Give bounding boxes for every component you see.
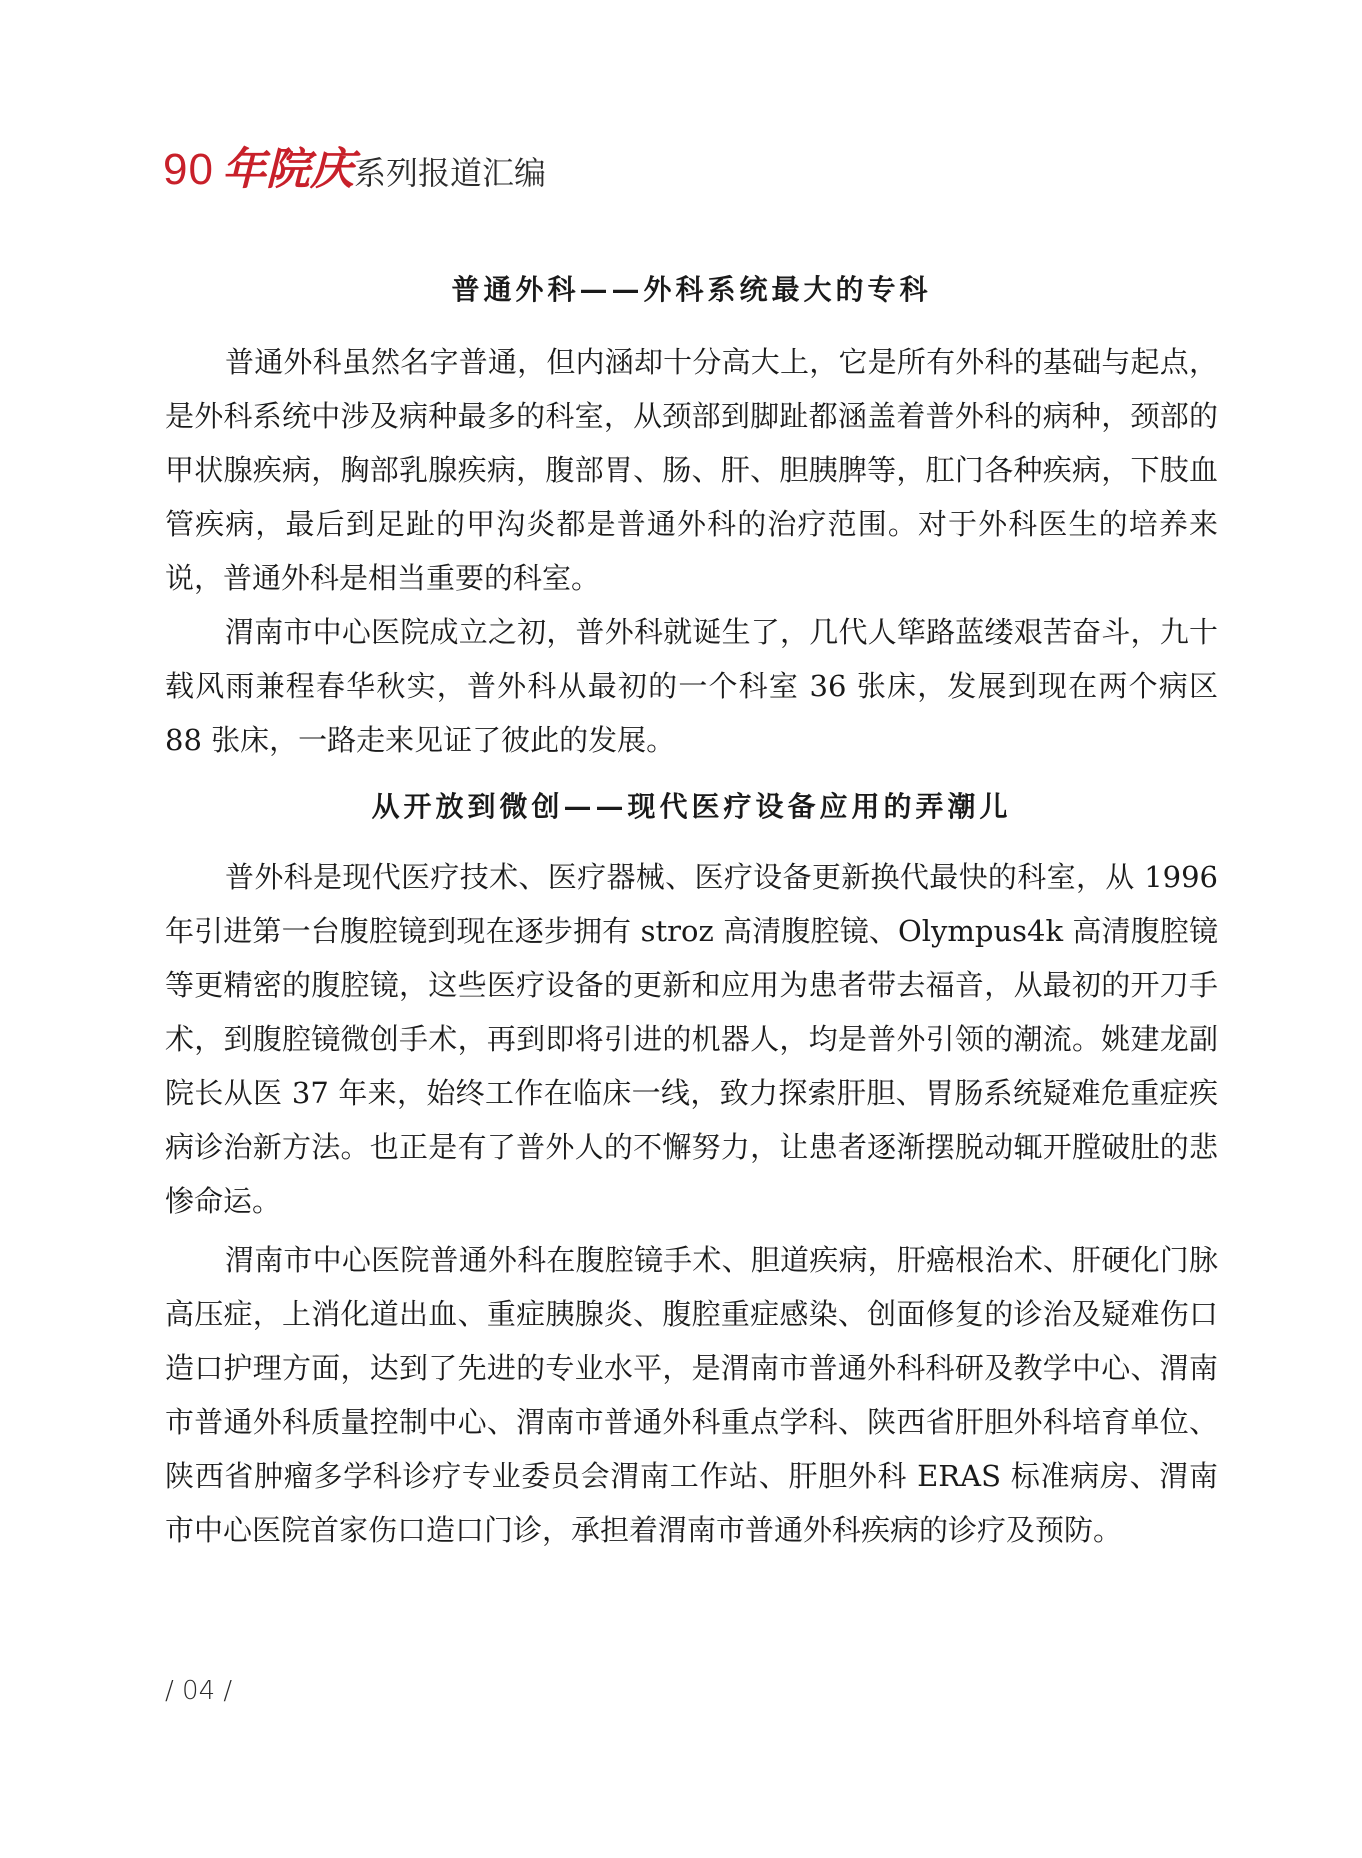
section-heading-2: 从开放到微创——现代医疗设备应用的弄潮儿 [165, 787, 1218, 827]
header-subtitle: 系列报道汇编 [354, 154, 546, 192]
header-red-title: 年院庆 [222, 144, 354, 195]
paragraph-2: 渭南市中心医院成立之初，普外科就诞生了，几代人筚路蓝缕艰苦奋斗，九十载风雨兼程春… [165, 605, 1218, 767]
series-header: 90年院庆系列报道汇编 [163, 148, 546, 192]
paragraph-3: 普外科是现代医疗技术、医疗器械、医疗设备更新换代最快的科室，从 1996 年引进… [165, 850, 1218, 1228]
header-number: 90 [163, 145, 214, 194]
section-heading-1: 普通外科——外科系统最大的专科 [165, 270, 1218, 310]
paragraph-1: 普通外科虽然名字普通，但内涵却十分高大上，它是所有外科的基础与起点，是外科系统中… [165, 335, 1218, 605]
page-number: / 04 / [165, 1676, 232, 1706]
paragraph-4: 渭南市中心医院普通外科在腹腔镜手术、胆道疾病，肝癌根治术、肝硬化门脉高压症，上消… [165, 1233, 1218, 1557]
